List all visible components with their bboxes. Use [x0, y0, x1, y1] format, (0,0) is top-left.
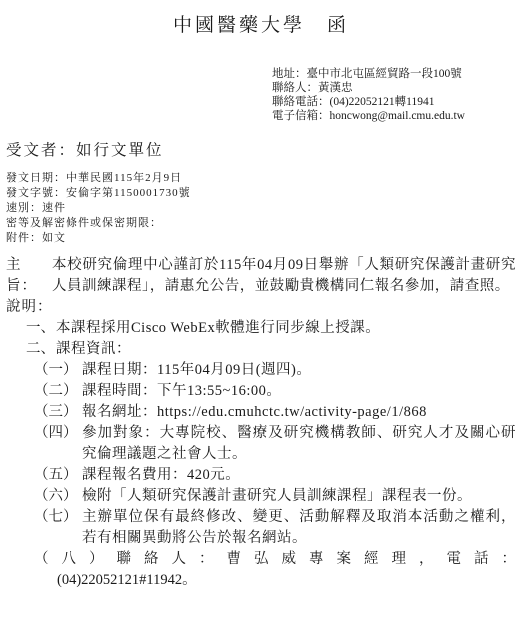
sub-list-item: （一） 課程日期：115年04月09日(週四)。 [34, 360, 516, 381]
subject-line: 主旨： 本校研究倫理中心謹訂於115年04月09日舉辦「人類研究保護計畫研究人員… [6, 255, 516, 297]
sub-list-item: （八）聯絡人：曹弘威專案經理，電話： [34, 549, 516, 570]
meta-security: 密等及解密條件或保密期限： [6, 216, 516, 231]
list-item-text: 本課程採用Cisco WebEx軟體進行同步線上授課。 [56, 318, 516, 339]
sub-list-item-text: 報名網址：https://edu.cmuhctc.tw/activity-pag… [82, 402, 516, 423]
sender-email: 電子信箱：honcwong@mail.cmu.edu.tw [272, 109, 516, 123]
sub-list-item-marker: （三） [34, 402, 82, 423]
sender-info-block: 地址：臺中市北屯區經貿路一段100號 聯絡人：黃漢忠 聯絡電話：(04)2205… [272, 67, 516, 123]
list-item: 二、 課程資訊： [26, 339, 516, 360]
meta-issue-date: 發文日期：中華民國115年2月9日 [6, 171, 516, 186]
sub-list-item-text: 課程報名費用：420元。 [82, 465, 516, 486]
sub-list-item: （四） 參加對象：大專院校、醫療及研究機構教師、研究人才及關心研究倫理議題之社會… [34, 423, 516, 465]
recipient-line: 受文者：如行文單位 [6, 138, 516, 160]
list-item-marker: 一、 [26, 318, 56, 339]
sender-contact-person: 聯絡人：黃漢忠 [272, 81, 516, 95]
description-label: 說明： [6, 297, 516, 318]
sub-list-item: （七） 主辦單位保有最終修改、變更、活動解釋及取消本活動之權利，若有相關異動將公… [34, 507, 516, 549]
sub-list-item-marker: （四） [34, 423, 82, 444]
sub-list-item-text: 主辦單位保有最終修改、變更、活動解釋及取消本活動之權利，若有相關異動將公告於報名… [82, 507, 516, 549]
sub-list-item: （三） 報名網址：https://edu.cmuhctc.tw/activity… [34, 402, 516, 423]
sub-list-item-text: 課程日期：115年04月09日(週四)。 [82, 360, 516, 381]
meta-attachment: 附件：如文 [6, 231, 516, 246]
sub-list-item-marker: （五） [34, 465, 82, 486]
subject-label: 主旨： [6, 255, 52, 297]
document-page: 中國醫藥大學 函 地址：臺中市北屯區經貿路一段100號 聯絡人：黃漢忠 聯絡電話… [0, 0, 522, 644]
sub-list-item-text: 檢附「人類研究保護計畫研究人員訓練課程」課程表一份。 [82, 486, 516, 507]
sub-list-item-marker: （一） [34, 360, 82, 381]
sender-address: 地址：臺中市北屯區經貿路一段100號 [272, 67, 516, 81]
sub-list-item-marker: （二） [34, 381, 82, 402]
meta-priority: 速別：速件 [6, 201, 516, 216]
sub-list-item: （二） 課程時間：下午13:55~16:00。 [34, 381, 516, 402]
list-item: 一、 本課程採用Cisco WebEx軟體進行同步線上授課。 [26, 318, 516, 339]
document-meta-block: 發文日期：中華民國115年2月9日 發文字號：安倫字第1150001730號 速… [6, 171, 516, 246]
sub-list-item: （五） 課程報名費用：420元。 [34, 465, 516, 486]
sub-list-item: （六） 檢附「人類研究保護計畫研究人員訓練課程」課程表一份。 [34, 486, 516, 507]
sub-list-item-marker: （七） [34, 507, 82, 528]
meta-doc-number: 發文字號：安倫字第1150001730號 [6, 186, 516, 201]
sub-list-item-marker: （六） [34, 486, 82, 507]
sub-list-item-continuation: (04)22052121#11942。 [57, 570, 516, 591]
sender-phone: 聯絡電話：(04)22052121轉11941 [272, 95, 516, 109]
sub-list-item-text: 參加對象：大專院校、醫療及研究機構教師、研究人才及關心研究倫理議題之社會人士。 [82, 423, 516, 465]
subject-text: 本校研究倫理中心謹訂於115年04月09日舉辦「人類研究保護計畫研究人員訓練課程… [52, 255, 516, 297]
list-item-marker: 二、 [26, 339, 56, 360]
sub-list-item-text: 聯絡人：曹弘威專案經理，電話： [117, 551, 517, 567]
sub-list-item-text: 課程時間：下午13:55~16:00。 [82, 381, 516, 402]
letter-body: 主旨： 本校研究倫理中心謹訂於115年04月09日舉辦「人類研究保護計畫研究人員… [6, 255, 516, 591]
page-title: 中國醫藥大學 函 [6, 10, 516, 37]
sub-list-item-marker: （八） [34, 551, 117, 567]
list-item-text: 課程資訊： [56, 339, 516, 360]
